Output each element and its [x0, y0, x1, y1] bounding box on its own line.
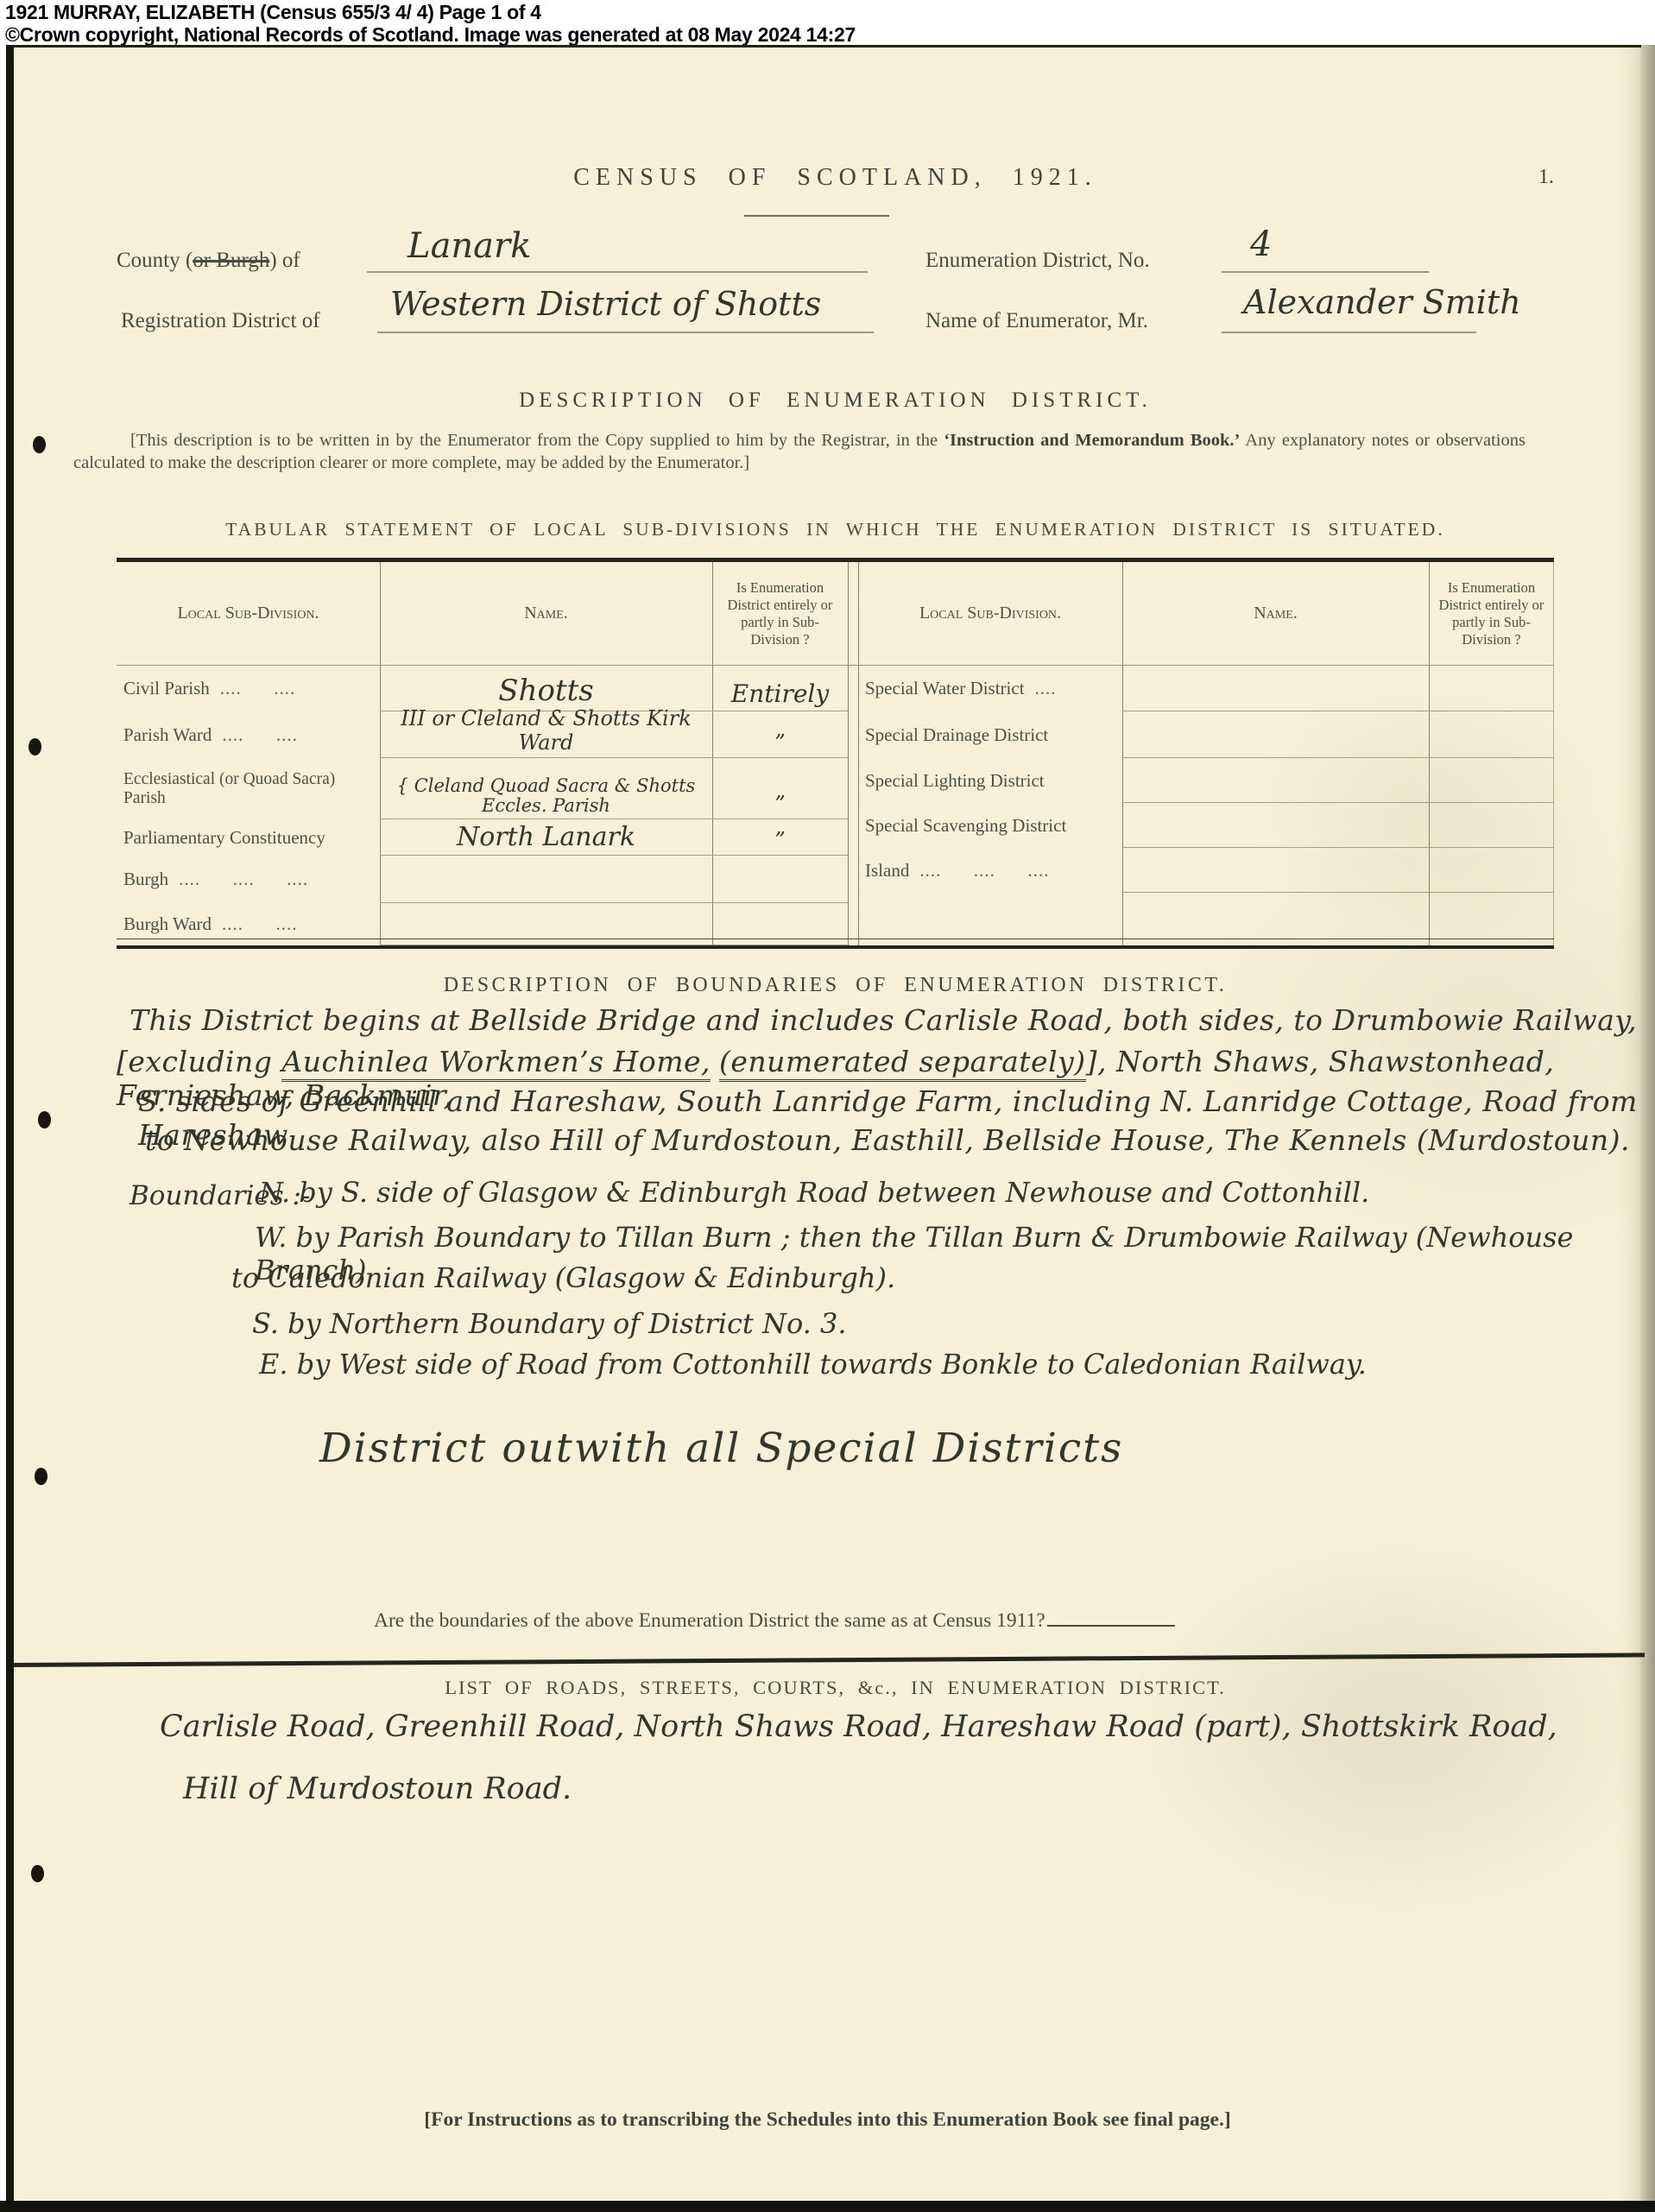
- registration-district-label: Registration District of: [121, 309, 320, 333]
- table-row: Civil Parish.... .... Shotts Entirely: [117, 666, 848, 711]
- boundaries-desc-line-4: to Newhouse Railway, also Hill of Murdos…: [145, 1123, 1630, 1157]
- page-number: 1.: [1538, 166, 1554, 189]
- boundaries-desc-line-1: This District begins at Bellside Bridge …: [129, 1003, 1637, 1037]
- table-row: Special Water District....: [858, 666, 1554, 711]
- table-row: Ecclesiastical (or Quoad Sacra) Parish {…: [117, 758, 848, 819]
- registration-underline: [377, 332, 874, 333]
- boundary-north: N. by S. side of Glasgow & Edinburgh Roa…: [259, 1176, 1369, 1209]
- viewer-title: 1921 MURRAY, ELIZABETH (Census 655/3 4/ …: [5, 1, 541, 24]
- col-header-inout-left: Is Enumeration District entirely or part…: [712, 562, 848, 665]
- enumerator-value: Alexander Smith: [1243, 283, 1521, 321]
- viewer-copyright: ©Crown copyright, National Records of Sc…: [5, 23, 856, 47]
- same-boundaries-question: Are the boundaries of the above Enumerat…: [374, 1609, 1175, 1633]
- col-header-inout-right: Is Enumeration District entirely or part…: [1429, 562, 1554, 665]
- boundary-west-cont: to Caledonian Railway (Glasgow & Edinbur…: [231, 1261, 895, 1294]
- roads-heading: LIST OF ROADS, STREETS, COURTS, &c., IN …: [117, 1677, 1554, 1699]
- enumerator-underline: [1222, 332, 1476, 333]
- handwritten-status: Entirely: [731, 679, 829, 708]
- enum-district-value: 4: [1250, 224, 1272, 264]
- table-right-half: Special Water District.... Special Drain…: [858, 666, 1554, 945]
- subdivision-table: Local Sub-Division. Name. Is Enumeration…: [117, 558, 1554, 949]
- punch-hole-dot: [33, 436, 46, 453]
- table-row: Burgh Ward.... ....: [117, 903, 848, 945]
- section-divider-rule: [10, 1653, 1645, 1667]
- county-struck-text: or Burgh: [193, 249, 269, 272]
- table-row: Special Lighting District: [858, 758, 1554, 803]
- tabular-heading: TABULAR STATEMENT OF LOCAL SUB-DIVISIONS…: [117, 519, 1554, 540]
- table-row: Parish Ward.... .... III or Cleland & Sh…: [117, 711, 848, 758]
- special-districts-note: District outwith all Special Districts: [319, 1425, 1123, 1472]
- roads-line-2: Hill of Murdostoun Road.: [183, 1772, 572, 1806]
- ditto-mark: ”: [774, 792, 785, 816]
- enum-district-underline: [1222, 271, 1429, 273]
- punch-hole-dot: [31, 1865, 44, 1882]
- table-row: Island.... .... ....: [858, 848, 1554, 893]
- census-title: CENSUS OF SCOTLAND, 1921.: [117, 164, 1554, 192]
- underlined-phrase: Auchinlea Workmen’s Home,: [281, 1045, 711, 1082]
- table-row: Special Scavenging District: [858, 803, 1554, 848]
- col-header-subdivision-left: Local Sub-Division.: [117, 562, 380, 665]
- underlined-phrase: (enumerated separately): [719, 1045, 1086, 1082]
- title-rule: [744, 215, 889, 217]
- handwritten-name: North Lanark: [457, 822, 635, 852]
- handwritten-name: { Cleland Quoad Sacra & Shotts Eccles. P…: [380, 776, 712, 816]
- punch-hole-dot: [35, 1468, 47, 1485]
- page-root: { "viewer": { "title_line": "1921 MURRAY…: [0, 0, 1655, 2212]
- viewer-header: 1921 MURRAY, ELIZABETH (Census 655/3 4/ …: [0, 0, 1655, 45]
- ditto-mark: ”: [774, 730, 785, 755]
- punch-hole-dot: [38, 1111, 51, 1128]
- page-bottom-edge: [0, 2201, 1655, 2212]
- page-top-edge: [6, 45, 1641, 47]
- handwritten-name: Shotts: [498, 673, 593, 708]
- boundary-east: E. by West side of Road from Cottonhill …: [259, 1348, 1367, 1381]
- blank-answer-line: [1047, 1611, 1175, 1627]
- county-label: County (or Burgh) of: [117, 249, 300, 273]
- registration-district-value: Western District of Shotts: [390, 285, 821, 323]
- county-value: Lanark: [407, 226, 531, 266]
- ditto-mark: ”: [774, 828, 785, 852]
- table-row: Burgh.... .... ....: [117, 856, 848, 903]
- roads-line-1: Carlisle Road, Greenhill Road, North Sha…: [160, 1710, 1557, 1744]
- boundaries-heading: DESCRIPTION OF BOUNDARIES OF ENUMERATION…: [117, 974, 1554, 997]
- table-left-half: Civil Parish.... .... Shotts Entirely Pa…: [117, 666, 848, 945]
- enumerator-label: Name of Enumerator, Mr.: [925, 309, 1148, 333]
- punch-hole-dot: [28, 738, 41, 755]
- col-header-subdivision-right: Local Sub-Division.: [858, 562, 1122, 665]
- description-heading: DESCRIPTION OF ENUMERATION DISTRICT.: [117, 389, 1554, 413]
- left-gutter: [0, 45, 6, 2212]
- table-row-blank: [858, 893, 1554, 942]
- spine-shadow-bar: [6, 45, 14, 2212]
- county-underline: [367, 271, 868, 273]
- handwritten-name: III or Cleland & Shotts Kirk Ward: [380, 706, 712, 755]
- table-row: Parliamentary Constituency North Lanark …: [117, 819, 848, 856]
- footer-instruction-note: [For Instructions as to transcribing the…: [0, 2108, 1655, 2132]
- description-note: [This description is to be written in by…: [73, 429, 1526, 474]
- boundary-south: S. by Northern Boundary of District No. …: [252, 1307, 847, 1340]
- col-header-name-left: Name.: [380, 562, 712, 665]
- table-row: Special Drainage District: [858, 711, 1554, 758]
- scanned-census-page: CENSUS OF SCOTLAND, 1921. 1. County (or …: [0, 45, 1655, 2212]
- instruction-book-bold: ‘Instruction and Memorandum Book.’: [944, 431, 1240, 450]
- col-header-name-right: Name.: [1122, 562, 1429, 665]
- enum-district-label: Enumeration District, No.: [925, 249, 1150, 273]
